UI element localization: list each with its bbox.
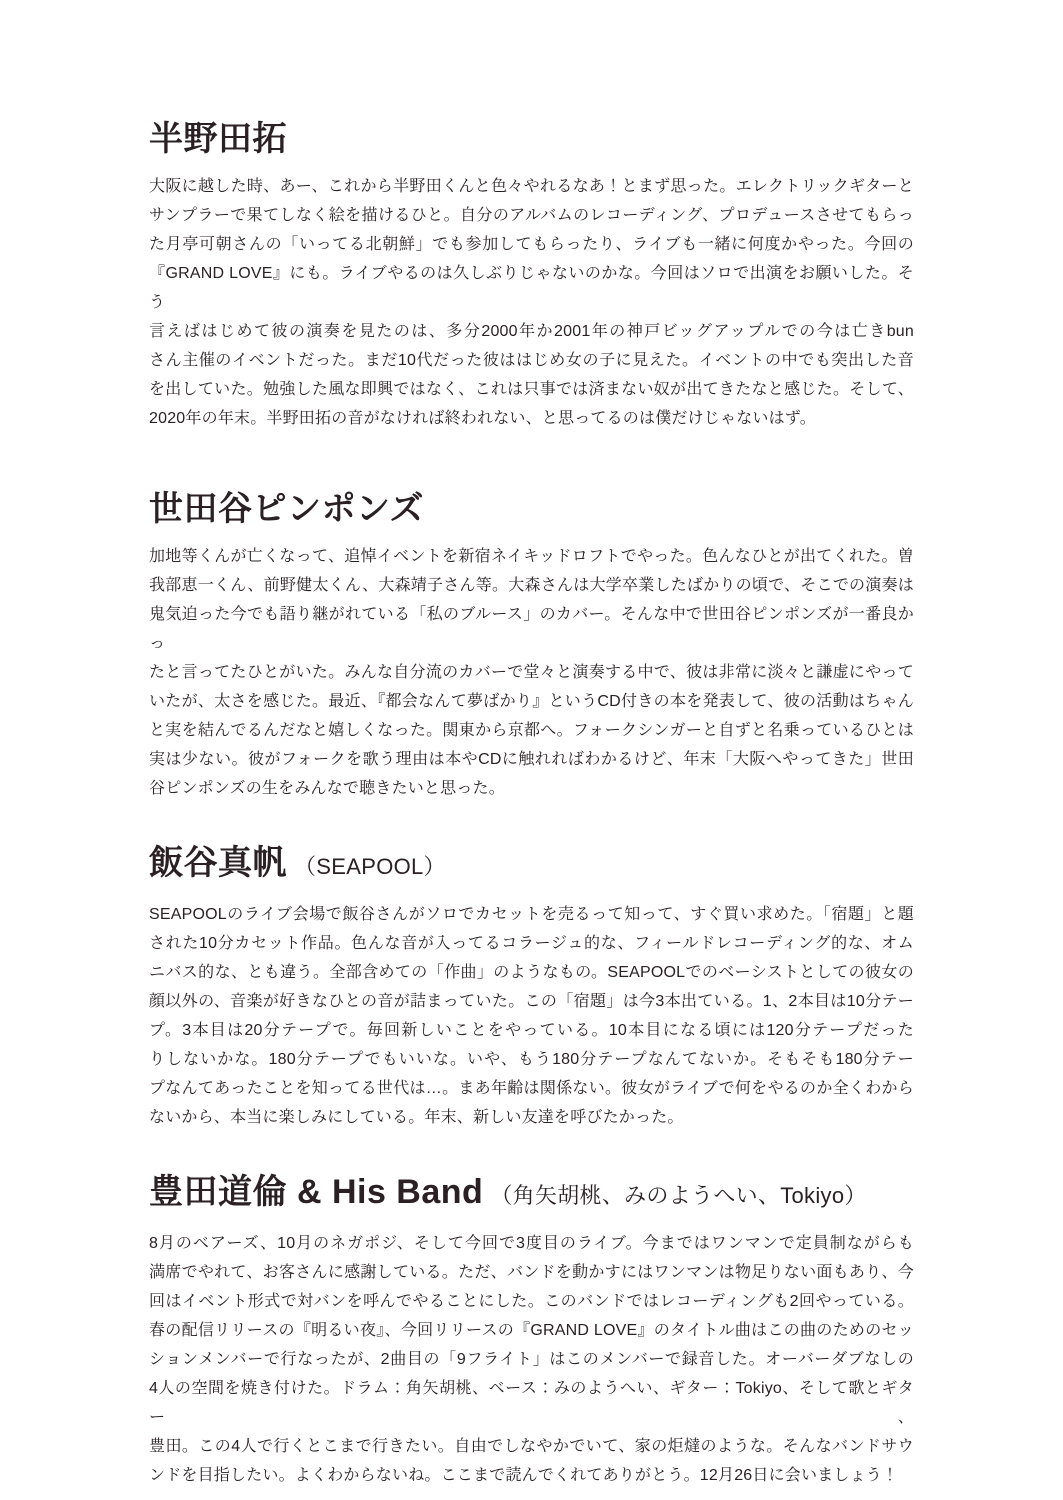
- text-line: プなんてあったことを知ってる世代は…。まあ年齢は関係ない。彼女がライブで何をやる…: [149, 1074, 914, 1103]
- text-line: ないから、本当に楽しみにしている。年末、新しい友達を呼びたかった。: [149, 1103, 914, 1132]
- text-line: 回はイベント形式で対バンを呼んでやることにした。このバンドではレコーディングも2…: [149, 1287, 914, 1316]
- text-line: 顔以外の、音楽が好きなひとの音が詰まっていた。この「宿題」は今3本出ている。1、…: [149, 987, 914, 1016]
- section-paragraph: 大阪に越した時、あー、これから半野田くんと色々やれるなあ！とまず思った。エレクト…: [149, 172, 914, 433]
- text-line: ニバス的な、とも違う。全部含めての「作曲」のようなもの。SEAPOOLでのベーシ…: [149, 958, 914, 987]
- artist-sections: 半野田拓 大阪に越した時、あー、これから半野田くんと色々やれるなあ！とまず思った…: [149, 116, 914, 1490]
- text-line: サンプラーで果てしなく絵を描けるひと。自分のアルバムのレコーディング、プロデュー…: [149, 201, 914, 230]
- section-paragraph: 8月のベアーズ、10月のネガポジ、そして今回で3度目のライブ。今まではワンマンで…: [149, 1229, 914, 1490]
- text-line: 豊田。この4人で行くとこまで行きたい。自由でしなやかでいて、家の炬燵のような。そ…: [149, 1432, 914, 1461]
- artist-name: 世田谷ピンポンズ: [149, 490, 424, 528]
- artist-name: 半野田拓: [149, 120, 287, 158]
- artist-members-note: （角矢胡桃、みのようへい、Tokiyo）: [490, 1183, 866, 1208]
- artist-members-note: （SEAPOOL）: [294, 854, 446, 879]
- text-line: SEAPOOLのライブ会場で飯谷さんがソロでカセットを売るって知って、すぐ買い求…: [149, 900, 914, 929]
- text-line: 谷ピンポンズの生をみんなで聴きたいと思った。: [149, 774, 914, 803]
- text-line: た月亭可朝さんの「いってる北朝鮮」でも参加してもらったり、ライブも一緒に何度かや…: [149, 230, 914, 259]
- text-line: 2020年の年末。半野田拓の音がなければ終われない、と思ってるのは僕だけじゃない…: [149, 404, 914, 433]
- artist-name: 豊田道倫 & His Band: [149, 1173, 483, 1211]
- text-line: 加地等くんが亡くなって、追悼イベントを新宿ネイキッドロフトでやった。色んなひとが…: [149, 542, 914, 571]
- text-line: を出していた。勉強した風な即興ではなく、これは只事では済まない奴が出てきたなと感…: [149, 375, 914, 404]
- text-line: 満席でやれて、お客さんに感謝している。ただ、バンドを動かすにはワンマンは物足りな…: [149, 1258, 914, 1287]
- text-line: さん主催のイベントだった。まだ10代だった彼ははじめ女の子に見えた。イベントの中…: [149, 346, 914, 375]
- section-heading: 世田谷ピンポンズ: [149, 486, 914, 532]
- artist-name: 飯谷真帆: [149, 844, 287, 882]
- text-line: 大阪に越した時、あー、これから半野田くんと色々やれるなあ！とまず思った。エレクト…: [149, 172, 914, 201]
- artist-section: 世田谷ピンポンズ 加地等くんが亡くなって、追悼イベントを新宿ネイキッドロフトでや…: [149, 486, 914, 803]
- text-line: 言えばはじめて彼の演奏を見たのは、多分2000年か2001年の神戸ビッグアップル…: [149, 317, 914, 346]
- text-line: たと言ってたひとがいた。みんな自分流のカバーで堂々と演奏する中で、彼は非常に淡々…: [149, 658, 914, 687]
- flyer-page: 半野田拓 大阪に越した時、あー、これから半野田くんと色々やれるなあ！とまず思った…: [0, 0, 1063, 1500]
- section-paragraph: SEAPOOLのライブ会場で飯谷さんがソロでカセットを売るって知って、すぐ買い求…: [149, 900, 914, 1132]
- section-paragraph: 加地等くんが亡くなって、追悼イベントを新宿ネイキッドロフトでやった。色んなひとが…: [149, 542, 914, 803]
- text-line: プ。3本目は20分テープで。毎回新しいことをやっている。10本目になる頃には12…: [149, 1016, 914, 1045]
- text-line: 実は少ない。彼がフォークを歌う理由は本やCDに触れればわかるけど、年末「大阪へや…: [149, 745, 914, 774]
- artist-section: 半野田拓 大阪に越した時、あー、これから半野田くんと色々やれるなあ！とまず思った…: [149, 116, 914, 433]
- text-line: りしないかな。180分テープでもいいな。いや、もう180分テープなんてないか。そ…: [149, 1045, 914, 1074]
- text-line: ンドを目指したい。よくわからないね。ここまで読んでくれてありがとう。12月26日…: [149, 1461, 914, 1490]
- text-line: された10分カセット作品。色んな音が入ってるコラージュ的な、フィールドレコーディ…: [149, 929, 914, 958]
- section-heading: 豊田道倫 & His Band（角矢胡桃、みのようへい、Tokiyo）: [149, 1169, 914, 1219]
- text-line: いたが、太さを感じた。最近、『都会なんて夢ばかり』というCD付きの本を発表して、…: [149, 687, 914, 716]
- artist-section: 飯谷真帆（SEAPOOL） SEAPOOLのライブ会場で飯谷さんがソロでカセット…: [149, 840, 914, 1132]
- text-line: 我部恵一くん、前野健太くん、大森靖子さん等。大森さんは大学卒業したばかりの頃で、…: [149, 571, 914, 600]
- text-line: ションメンバーで行なったが、2曲目の「9フライト」はこのメンバーで録音した。オー…: [149, 1345, 914, 1374]
- text-line: 春の配信リリースの『明るい夜』、今回リリースの『GRAND LOVE』のタイトル…: [149, 1316, 914, 1345]
- artist-section: 豊田道倫 & His Band（角矢胡桃、みのようへい、Tokiyo） 8月のベ…: [149, 1169, 914, 1490]
- section-heading: 飯谷真帆（SEAPOOL）: [149, 840, 914, 890]
- section-heading: 半野田拓: [149, 116, 914, 162]
- text-line: 鬼気迫った今でも語り継がれている「私のブルース」のカバー。そんな中で世田谷ピンポ…: [149, 600, 914, 658]
- text-line: 4人の空間を焼き付けた。ドラム：角矢胡桃、ベース：みのようへい、ギター：Toki…: [149, 1374, 914, 1432]
- text-line: と実を結んでるんだなと嬉しくなった。関東から京都へ。フォークシンガーと自ずと名乗…: [149, 716, 914, 745]
- text-line: 8月のベアーズ、10月のネガポジ、そして今回で3度目のライブ。今まではワンマンで…: [149, 1229, 914, 1258]
- text-line: 『GRAND LOVE』にも。ライブやるのは久しぶりじゃないのかな。今回はソロで…: [149, 259, 914, 317]
